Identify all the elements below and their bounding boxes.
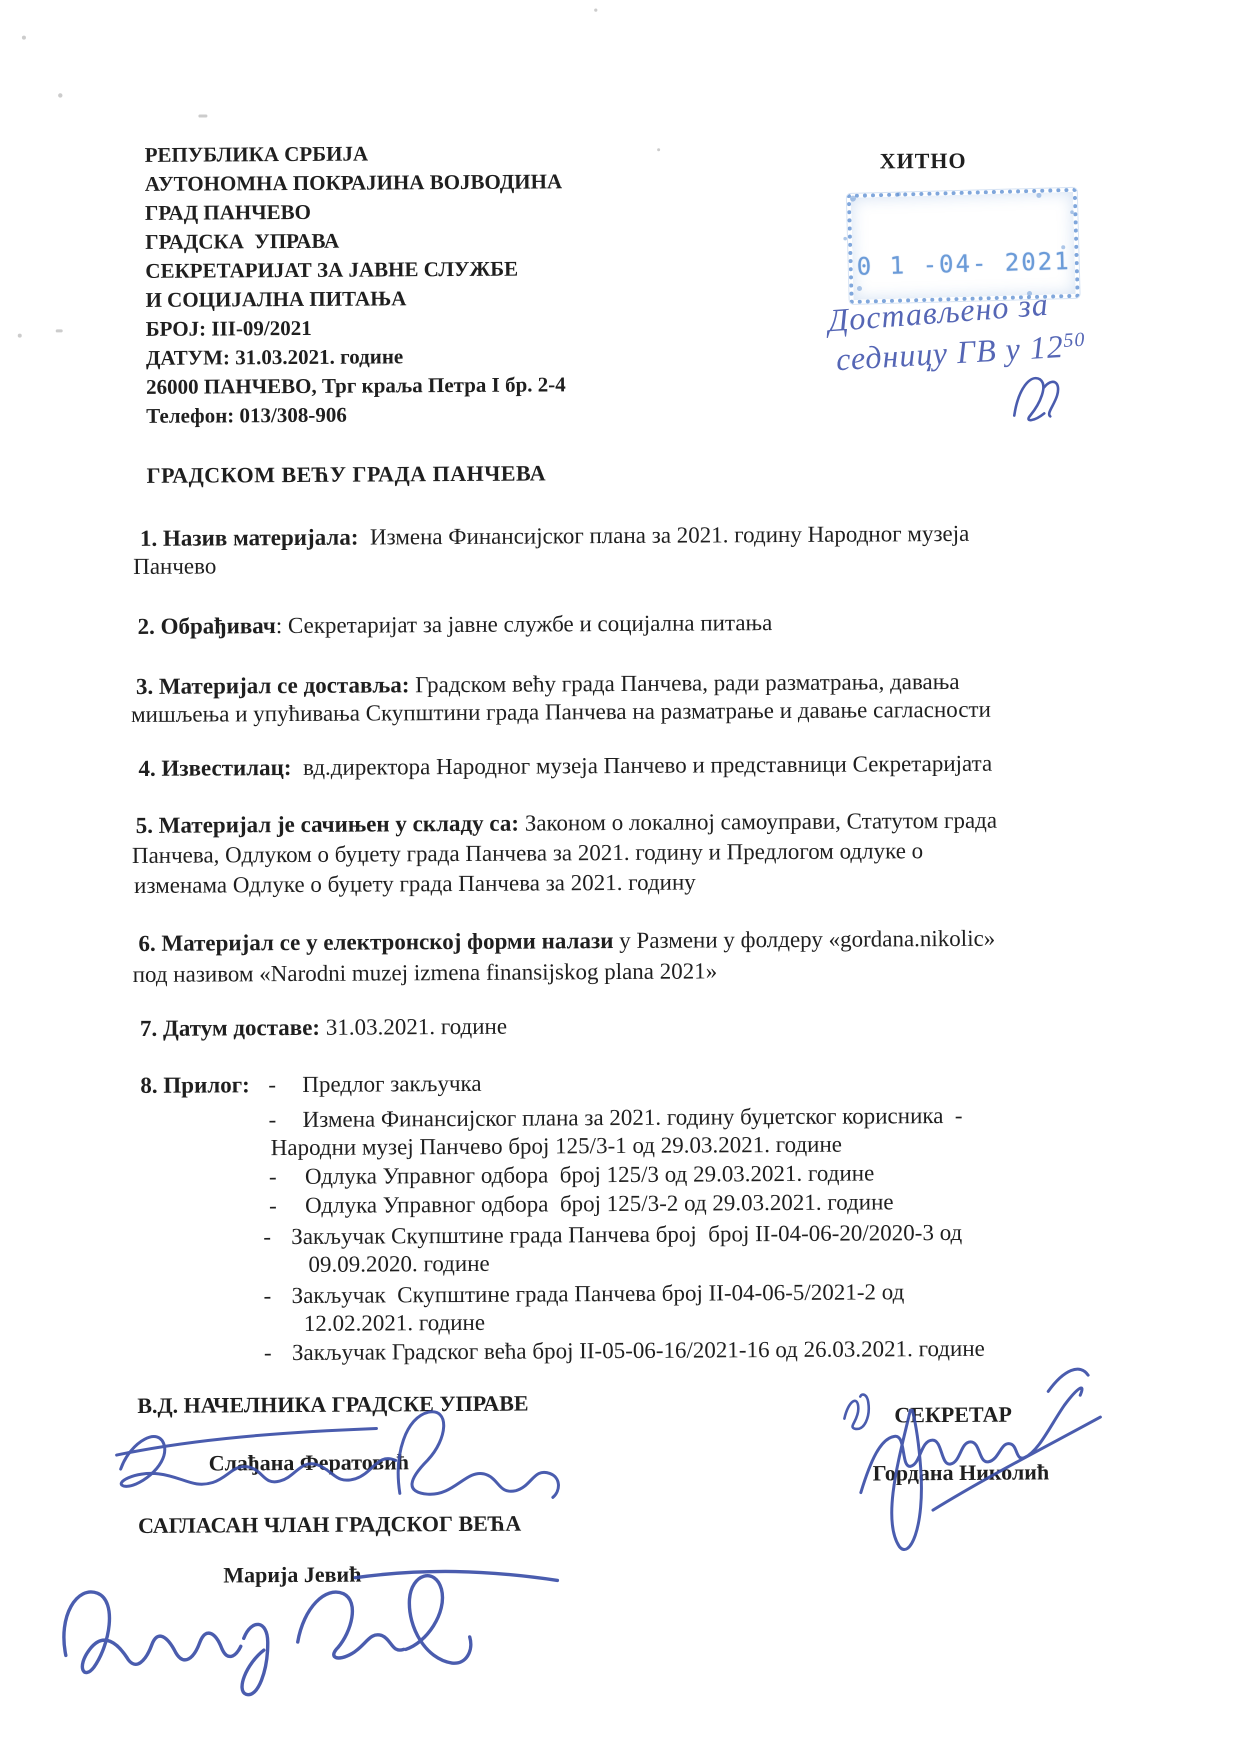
item-1-name-line1: 1. Назив материјала: Измена Финансијског… bbox=[140, 521, 969, 553]
initials-signature bbox=[1014, 378, 1058, 420]
item-3-delivery-line2: мишљења и упућивања Скупштини града Панч… bbox=[131, 697, 991, 729]
item-5-legal-basis-line3: изменама Одлуке о буџету града Панчева з… bbox=[134, 870, 696, 900]
council-member-name: Марија Јевић bbox=[223, 1562, 361, 1588]
letterhead-line: ГРАДСКА УПРАВА bbox=[145, 229, 339, 254]
secretary-name: Гордана Николић bbox=[873, 1459, 1050, 1485]
attachment-row: -Одлука Управног одбора број 125/3-2 од … bbox=[305, 1189, 894, 1219]
item-8-attachments-label: 8. Прилог: bbox=[140, 1072, 250, 1099]
attachment-row: -Закључак Скупштине града Панчева број б… bbox=[291, 1220, 962, 1251]
secretary-title: СЕКРЕТАР bbox=[894, 1402, 1012, 1428]
item-1-name-line2: Панчево bbox=[133, 553, 216, 580]
letterhead-date-line: ДАТУМ: 31.03.2021. године bbox=[146, 344, 403, 370]
letterhead-line: АУТОНОМНА ПОКРАЈИНА ВОЈВОДИНА bbox=[145, 169, 562, 196]
document-page: РЕПУБЛИКА СРБИЈА АУТОНОМНА ПОКРАЈИНА ВОЈ… bbox=[0, 0, 1240, 1752]
letterhead-line: РЕПУБЛИКА СРБИЈА bbox=[145, 142, 369, 168]
letterhead-number-line: БРОЈ: III-09/2021 bbox=[146, 316, 312, 341]
item-7-delivery-date: 7. Датум доставе: 31.03.2021. године bbox=[140, 1014, 507, 1043]
letterhead-line: СЕКРЕТАРИЈАТ ЗА ЈАВНЕ СЛУЖБЕ bbox=[145, 257, 518, 283]
secretary-paraph-icon bbox=[844, 1394, 869, 1429]
attachment-row: -Одлука Управног одбора број 125/3 од 29… bbox=[305, 1160, 875, 1190]
item-6-electronic-form-line1: 6. Материјал се у електронској форми нал… bbox=[138, 926, 995, 958]
attachment-row-continuation: 12.02.2021. године bbox=[304, 1310, 485, 1338]
attachment-row: -Измена Финансијског плана за 2021. годи… bbox=[302, 1103, 962, 1133]
agreed-member-title: САГЛАСАН ЧЛАН ГРАДСКОГ ВЕЋА bbox=[138, 1511, 521, 1539]
item-3-delivery-line1: 3. Материјал се доставља: Градском већу … bbox=[136, 669, 960, 700]
jevic-signature bbox=[64, 1571, 559, 1696]
stamp-date: 0 1 -04- 2021 bbox=[852, 247, 1075, 281]
acting-head-name: Слађана Фератовић bbox=[209, 1449, 409, 1476]
item-2-processor: 2. Обрађивач: Секретаријат за јавне служ… bbox=[137, 610, 772, 640]
item-5-legal-basis-line2: Панчева, Одлуком о буџету града Панчева … bbox=[132, 838, 923, 869]
scanned-document: РЕПУБЛИКА СРБИЈА АУТОНОМНА ПОКРАЈИНА ВОЈ… bbox=[0, 0, 1240, 1752]
letterhead-phone-line: Телефон: 013/308-906 bbox=[146, 403, 347, 428]
attachment-row-continuation: Народни музеј Панчево број 125/3-1 од 29… bbox=[271, 1132, 842, 1162]
letterhead-address-line: 26000 ПАНЧЕВО, Трг краља Петра I бр. 2-4 bbox=[146, 372, 566, 399]
attachment-row: -Закључак Скупштине града Панчева број I… bbox=[292, 1279, 905, 1309]
attachment-row: -Предлог закључка bbox=[302, 1071, 481, 1099]
item-5-legal-basis-line1: 5. Материјал је сачињен у складу са: Зак… bbox=[136, 808, 997, 840]
letterhead-line: ГРАД ПАНЧЕВО bbox=[145, 200, 311, 225]
addressee-title: ГРАДСКОМ ВЕЋУ ГРАДА ПАНЧЕВА bbox=[147, 460, 547, 488]
item-6-electronic-form-line2: под називом «Narodni muzej izmena finans… bbox=[133, 958, 718, 988]
attachment-row: -Закључак Градског већа број II-05-06-16… bbox=[292, 1336, 985, 1367]
urgent-label: ХИТНО bbox=[880, 148, 967, 174]
attachment-row-continuation: 09.09.2020. године bbox=[308, 1251, 489, 1279]
item-4-reporter: 4. Известилац: вд.директора Народног муз… bbox=[138, 751, 992, 783]
acting-head-title: В.Д. НАЧЕЛНИКА ГРАДСКЕ УПРАВЕ bbox=[137, 1391, 528, 1419]
letterhead-line: И СОЦИЈАЛНА ПИТАЊА bbox=[145, 286, 406, 312]
handwritten-note-superscript: 50 bbox=[1063, 329, 1086, 352]
